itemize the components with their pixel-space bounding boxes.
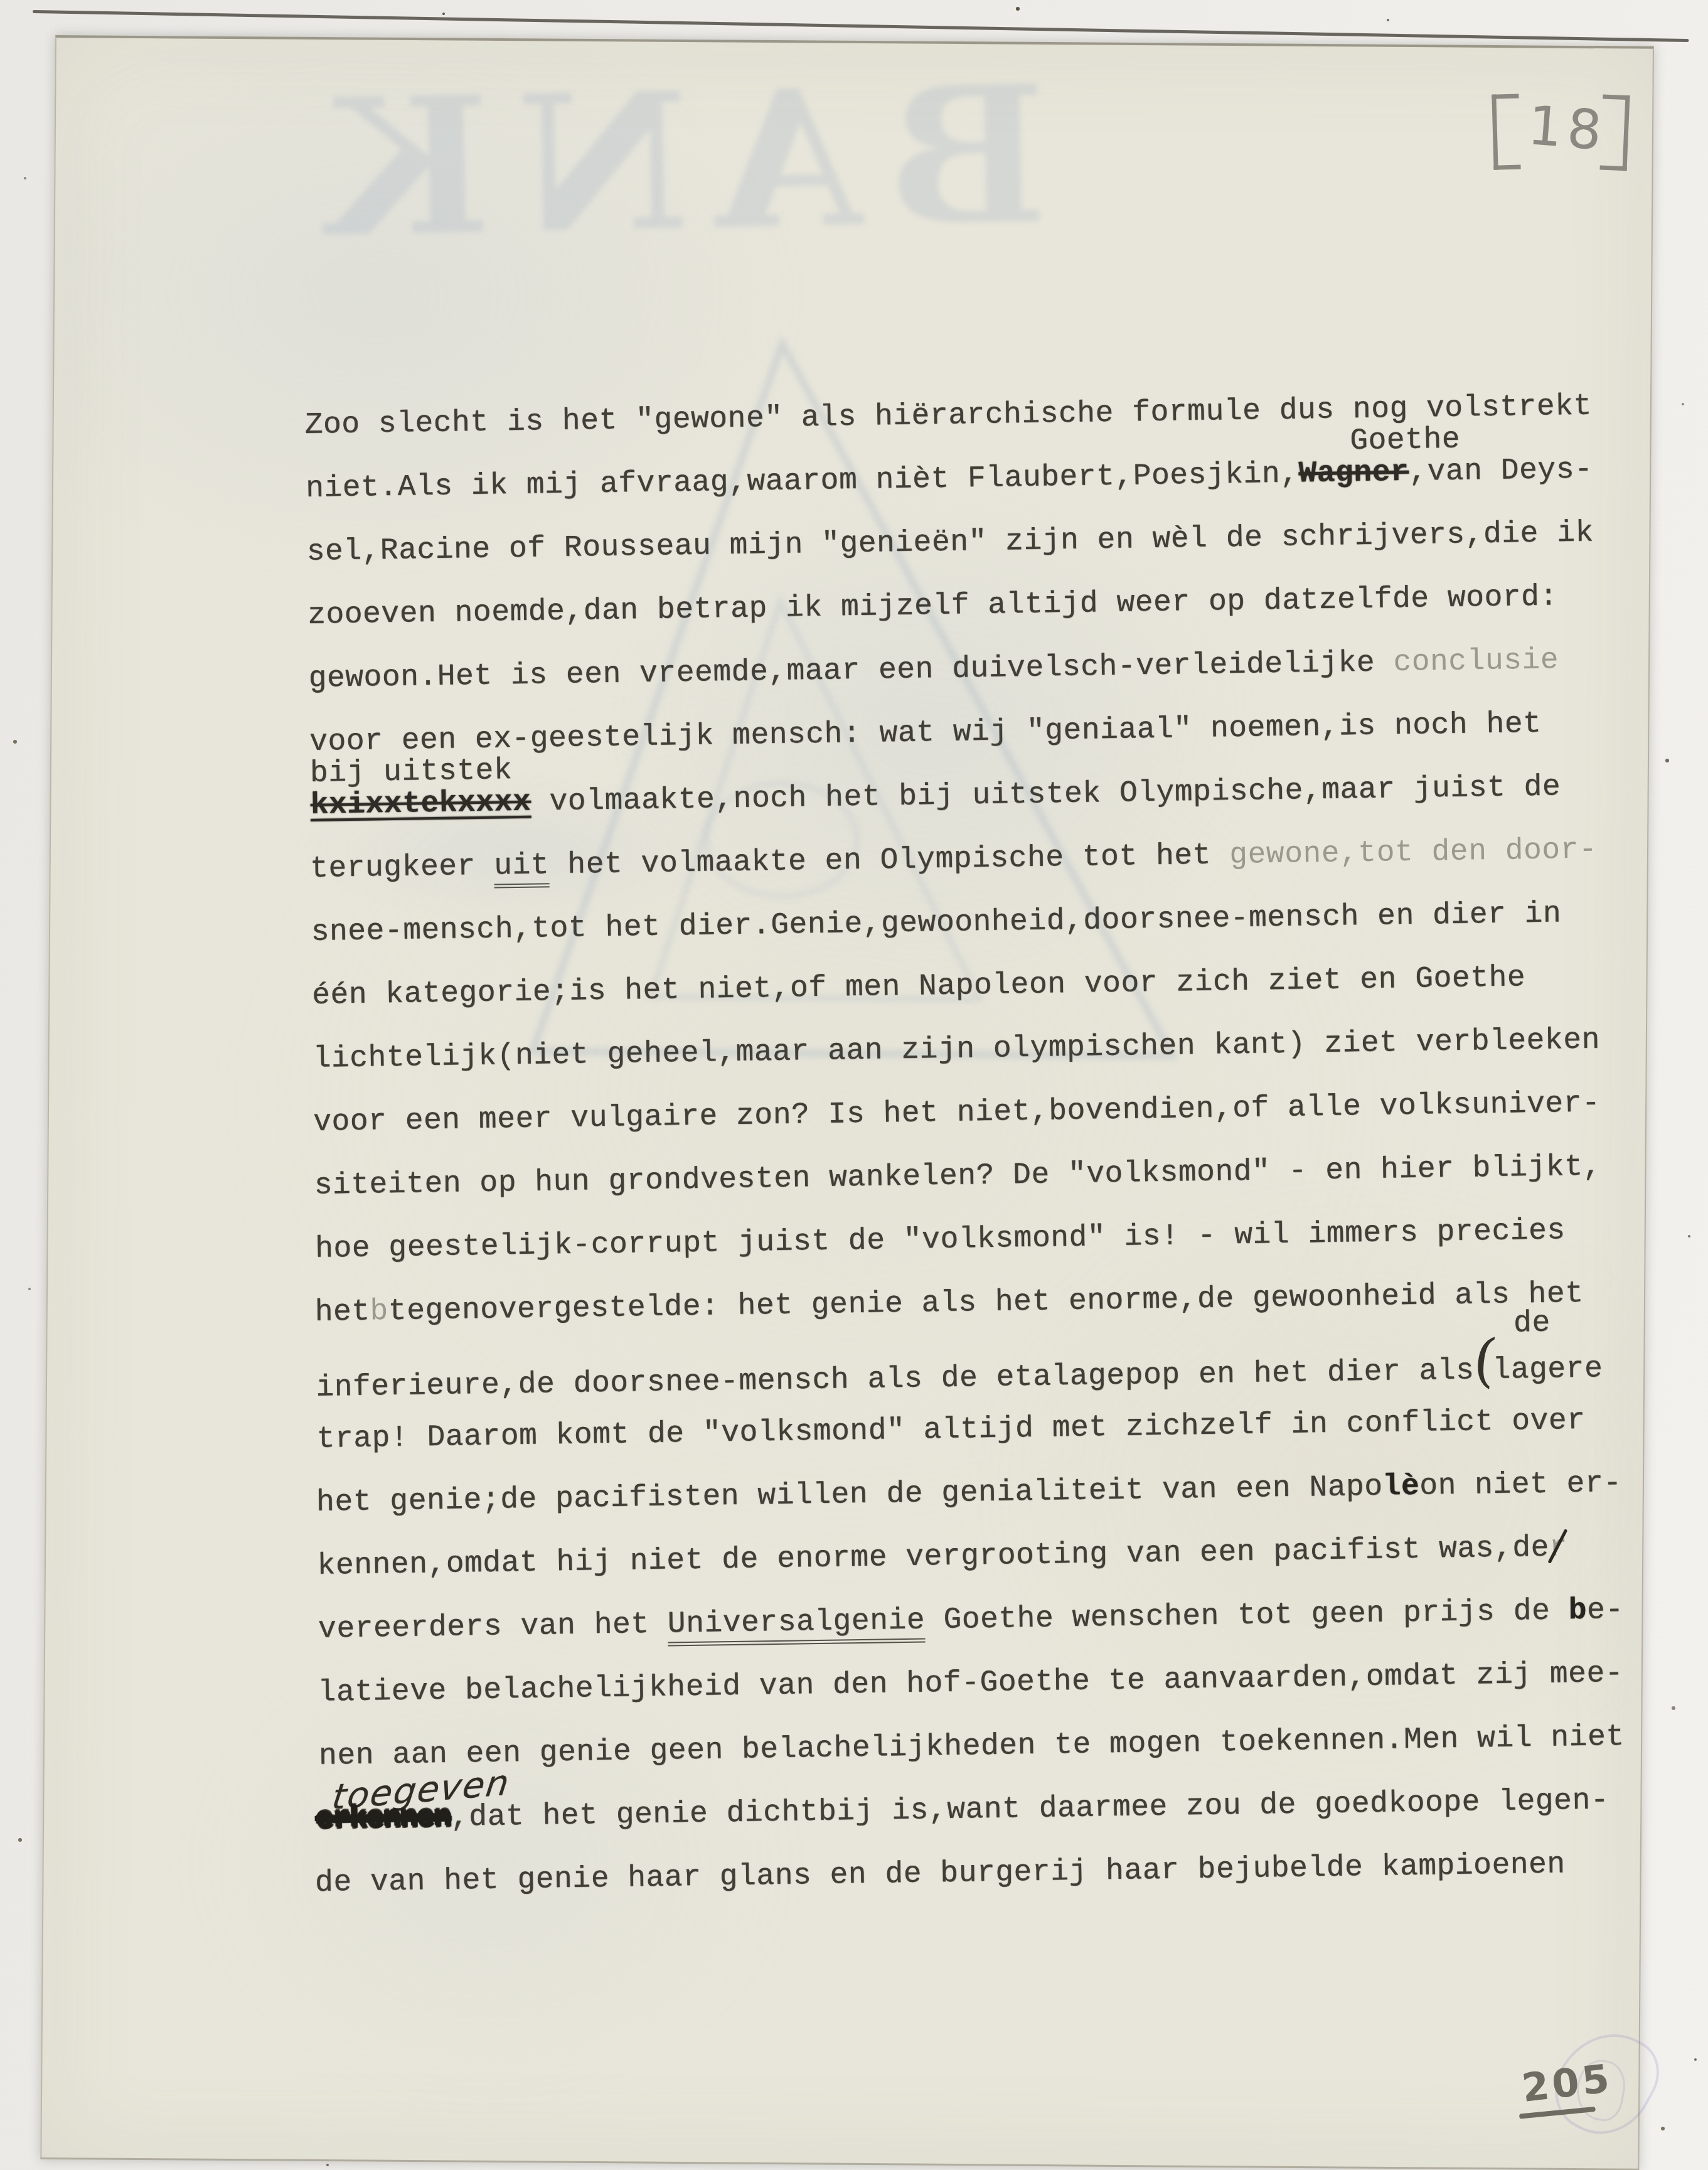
line-03: sel,Racine of Rousseau mijn "genieën" zi… [306,515,1594,570]
text-segment: één kategorie;is het niet,of men Napoleo… [312,961,1526,1013]
line-24: erkennen,dat het genie dichtbij is,want … [316,1782,1609,1838]
text-segment: volmaakte,noch het bij uitstek Olympisch… [531,770,1561,819]
text-segment: gewoon.Het is een vreemde,maar een duive… [308,646,1394,696]
text-segment: sel,Racine of Rousseau mijn "genieën" zi… [306,516,1594,569]
struck-out-word: Wagner [1298,456,1409,491]
line-20: kennen,omdat hij niet de enorme vergroot… [317,1529,1567,1585]
text-segment: snee-mensch,tot het dier.Genie,gewoonhei… [311,897,1561,949]
text-segment: ,van Deys- [1409,453,1593,489]
line-22: latieve belachelijkheid van den hof-Goet… [318,1655,1623,1711]
archive-number-annotation: 205 [1510,2024,1674,2164]
text-segment: zooeven noemde,dan betrap ik mijzelf alt… [307,580,1558,633]
typescript-text-block: Zoo slecht is het "gewone" als hiërarchi… [39,19,1667,2162]
page-number-annotation: 18 [1493,94,1629,168]
text-segment: voor een ex-geestelijk mensch: wat wij "… [309,707,1542,759]
text-segment: inferieure,de doorsnee-mensch als de eta… [316,1354,1475,1404]
text-segment: voor een meer vulgaire zon? Is het niet,… [313,1086,1601,1139]
text-segment: kennen,omdat hij niet de enorme vergroot… [317,1531,1549,1583]
overtyped-letter: b [1568,1594,1587,1628]
pencil-bracket-right-icon [1599,95,1630,171]
text-segment: hoe geestelijk-corrupt juist de "volksmo… [315,1214,1566,1266]
line-13: voor een meer vulgaire zon? Is het niet,… [313,1085,1601,1140]
line-19: het genie;de pacifisten willen de genial… [316,1465,1622,1521]
pencil-page-number: 18 [1525,93,1609,164]
text-segment: e- [1587,1593,1624,1628]
text-segment: siteiten op hun grondvesten wankelen? De… [314,1150,1601,1202]
struck-out-word: kxixxtekxxxx [310,786,531,823]
text-segment: nen aan een genie geen belachelijkheden … [319,1720,1625,1773]
line-05: gewoon.Het is een vreemde,maar een duive… [308,642,1559,697]
line-09: terugkeer uit het volmaakte en Olympisch… [310,831,1598,887]
handwritten-insertion-mark: ( [1472,1341,1494,1379]
underlined-word: uit [494,848,550,888]
line-04: zooeven noemde,dan betrap ik mijzelf alt… [307,579,1558,634]
text-segment: tegenovergestelde: het genie als het eno… [388,1277,1584,1328]
text-segment: lagere [1492,1352,1603,1387]
line-23: nen aan een genie geen belachelijkheden … [319,1719,1625,1775]
text-segment: het volmaakte en Olympische tot het [549,838,1230,882]
text-segment: lichtelijk(niet geheel,maar aan zijn oly… [312,1023,1600,1076]
line-02: niet.Als ik mij afvraag,waarom nièt Flau… [306,452,1593,507]
line-18: trap! Daarom komt de "volksmond" altijd … [316,1403,1586,1458]
text-segment: on niet er- [1419,1467,1622,1504]
inked-out-word: erkennen [316,1801,451,1837]
line-12: lichtelijk(niet geheel,maar aan zijn oly… [312,1022,1600,1077]
text-segment: latieve belachelijkheid van den hof-Goet… [318,1657,1623,1710]
overtyped-letters: lè [1382,1470,1419,1504]
line-16: hetbtegenovergestelde: het genie als het… [314,1276,1584,1331]
line-21: vereerders van het Universalgenie Goethe… [318,1592,1624,1648]
text-segment: de van het genie haar glans en de burger… [315,1847,1566,1900]
scanner-dust-specks [0,0,3,3]
underlined-word: Universalgenie [668,1604,926,1647]
stray-overtyped-letter: b [370,1295,388,1328]
text-segment: niet.Als ik mij afvraag,waarom nièt Flau… [306,457,1299,505]
text-segment: Goethe wenschen tot geen prijs de [925,1594,1569,1637]
text-segment: het genie;de pacifisten willen de genial… [316,1470,1383,1520]
pencil-bracket-left-icon [1492,94,1520,170]
line-11: één kategorie;is het niet,of men Napoleo… [312,959,1526,1014]
scanned-document-background: BANK Zoo slecht is het "gewone" als hiër… [0,0,1708,2170]
text-segment: terugkeer [310,850,494,886]
line-17: inferieure,de doorsnee-mensch als de eta… [316,1339,1603,1406]
insertion-de: de [1513,1305,1551,1342]
line-25: de van het genie haar glans en de burger… [315,1846,1566,1901]
text-segment: ,dat het genie dichtbij is,want daarmee … [451,1783,1609,1834]
text-segment: het [314,1295,370,1330]
text-segment: trap! Daarom komt de "volksmond" altijd … [316,1404,1586,1456]
line-14: siteiten op hun grondvesten wankelen? De… [314,1148,1601,1204]
line-10: snee-mensch,tot het dier.Genie,gewoonhei… [311,895,1561,951]
text-segment: gewone,tot den door- [1229,833,1598,872]
typed-insertion-word: de [1513,1307,1551,1341]
text-segment: conclusie [1393,643,1559,680]
pen-struck-letter: r [1549,1531,1568,1564]
text-segment: vereerders van het [318,1608,668,1647]
line-15: hoe geestelijk-corrupt juist de "volksmo… [315,1212,1566,1268]
manuscript-page: BANK Zoo slecht is het "gewone" als hiër… [40,35,1654,2170]
typed-insertion-word: Goethe [1350,423,1461,459]
